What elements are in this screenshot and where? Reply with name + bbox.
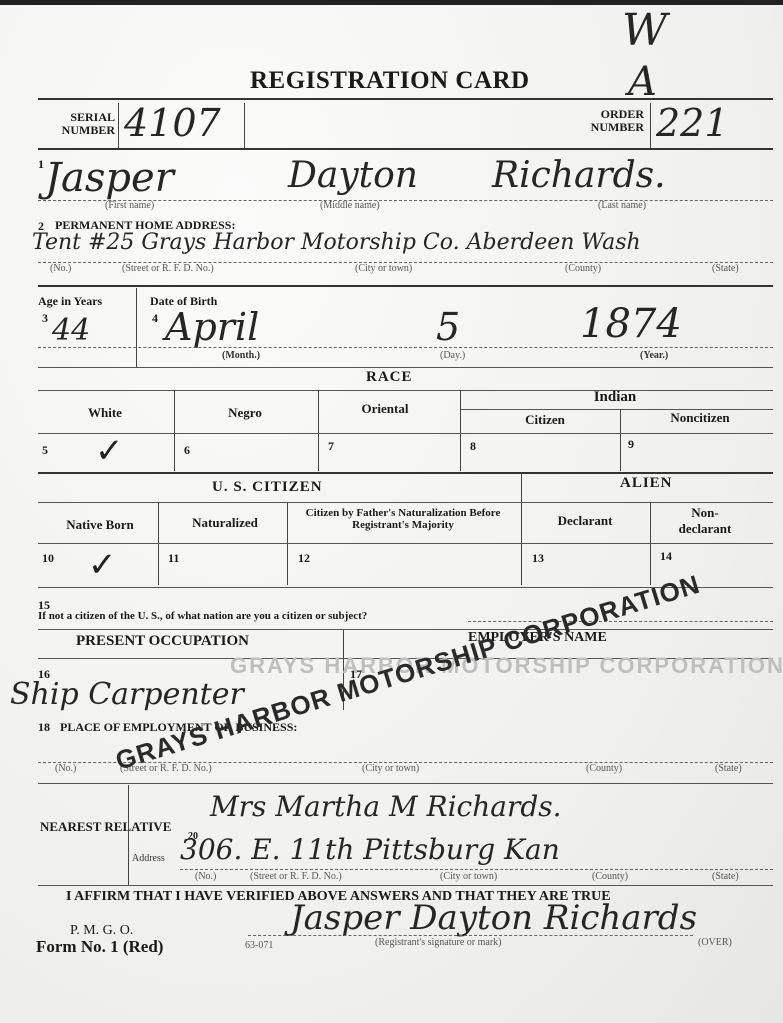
divider bbox=[650, 103, 651, 148]
registrant-signature: Jasper Dayton Richards bbox=[290, 898, 697, 938]
caption: (County) bbox=[586, 763, 622, 774]
divider bbox=[460, 391, 461, 471]
divider bbox=[118, 103, 119, 148]
relative-address: 306. E. 11th Pittsburg Kan bbox=[180, 833, 560, 866]
caption: (State) bbox=[715, 763, 742, 774]
divider bbox=[38, 98, 773, 100]
caption: (No.) bbox=[50, 263, 71, 274]
order-number: 221 bbox=[656, 101, 729, 145]
nearest-relative-label: NEAREST RELATIVE bbox=[40, 820, 171, 834]
field-number: 14 bbox=[660, 549, 672, 564]
divider bbox=[158, 503, 159, 585]
race-col-oriental: Oriental bbox=[340, 401, 430, 417]
nation-question: If not a citizen of the U. S., of what n… bbox=[38, 611, 367, 623]
age-value: 44 bbox=[52, 313, 90, 348]
caption: (Street or R. F. D. No.) bbox=[122, 263, 214, 274]
serial-label: SERIAL NUMBER bbox=[45, 111, 115, 136]
alien-col-nondeclarant: Non-declarant bbox=[665, 505, 745, 537]
divider bbox=[38, 148, 773, 150]
checkmark-icon: ✓ bbox=[95, 431, 124, 471]
caption: (State) bbox=[712, 871, 739, 882]
divider bbox=[128, 785, 129, 885]
field-number: 11 bbox=[168, 551, 179, 566]
divider bbox=[38, 347, 773, 348]
checkmark-icon: ✓ bbox=[88, 545, 117, 585]
relative-name: Mrs Martha M Richards. bbox=[210, 790, 562, 823]
field-number: 13 bbox=[532, 551, 544, 566]
caption: (City or town) bbox=[440, 871, 497, 882]
caption: (No.) bbox=[195, 871, 216, 882]
citizen-col-native: Native Born bbox=[50, 517, 150, 533]
caption: (No.) bbox=[55, 763, 76, 774]
serial-number: 4107 bbox=[124, 101, 221, 145]
divider bbox=[620, 409, 621, 471]
birth-year: 1874 bbox=[580, 301, 682, 347]
employment-field-number: 18 bbox=[38, 721, 50, 734]
us-citizen-header: U. S. CITIZEN bbox=[212, 479, 323, 496]
divider bbox=[38, 285, 773, 287]
divider bbox=[287, 503, 288, 585]
alien-header: ALIEN bbox=[620, 475, 673, 492]
race-indian-header: Indian bbox=[560, 389, 670, 406]
field-number: 6 bbox=[184, 443, 190, 458]
field-number: 9 bbox=[628, 437, 634, 452]
field-number: 7 bbox=[328, 439, 334, 454]
field-number: 1 bbox=[38, 157, 44, 172]
race-col-indian-noncitizen: Noncitizen bbox=[640, 410, 760, 426]
birth-day: 5 bbox=[436, 305, 460, 349]
alien-col-declarant: Declarant bbox=[535, 513, 635, 529]
divider bbox=[38, 502, 773, 503]
race-col-indian-citizen: Citizen bbox=[490, 412, 600, 428]
divider bbox=[38, 783, 773, 784]
field-number: 12 bbox=[298, 551, 310, 566]
divider bbox=[248, 935, 693, 936]
divider bbox=[244, 103, 245, 148]
age-label: Age in Years bbox=[38, 295, 102, 308]
field-number: 10 bbox=[42, 551, 54, 566]
divider bbox=[136, 288, 137, 368]
middle-name: Dayton bbox=[288, 155, 418, 196]
divider bbox=[38, 885, 773, 886]
corner-mark-w: W bbox=[622, 5, 667, 56]
race-col-white: White bbox=[60, 405, 150, 421]
caption: (Street or R. F. D. No.) bbox=[250, 871, 342, 882]
caption: (OVER) bbox=[698, 937, 732, 948]
birth-month: April bbox=[165, 305, 259, 349]
race-header: RACE bbox=[366, 369, 413, 386]
field-number: 5 bbox=[42, 443, 48, 458]
caption: (County) bbox=[592, 871, 628, 882]
address-label: Address bbox=[132, 853, 165, 864]
divider bbox=[650, 503, 651, 585]
divider bbox=[318, 391, 319, 471]
citizen-col-naturalized: Naturalized bbox=[170, 515, 280, 531]
race-col-negro: Negro bbox=[200, 405, 290, 421]
caption: (Year.) bbox=[640, 350, 668, 361]
order-label: ORDER NUMBER bbox=[572, 108, 644, 133]
caption: (City or town) bbox=[362, 763, 419, 774]
caption: (County) bbox=[565, 263, 601, 274]
divider bbox=[38, 629, 773, 630]
divider bbox=[174, 391, 175, 471]
form-number: Form No. 1 (Red) bbox=[36, 937, 163, 957]
divider bbox=[38, 543, 773, 544]
divider bbox=[180, 869, 773, 870]
card-title: REGISTRATION CARD bbox=[250, 67, 530, 95]
field-number: 3 bbox=[42, 311, 48, 326]
divider bbox=[38, 367, 773, 368]
caption: (City or town) bbox=[355, 263, 412, 274]
field-number: 8 bbox=[470, 439, 476, 454]
print-code: 63-071 bbox=[245, 940, 273, 951]
caption: (Day.) bbox=[440, 350, 465, 361]
citizen-col-father: Citizen by Father's Naturalization Befor… bbox=[298, 507, 508, 531]
occupation-value: Ship Carpenter bbox=[10, 677, 244, 712]
divider bbox=[38, 472, 773, 474]
first-name: Jasper bbox=[45, 155, 174, 201]
field-number: 4 bbox=[152, 311, 158, 326]
caption: (Registrant's signature or mark) bbox=[375, 937, 502, 948]
caption: (Middle name) bbox=[320, 200, 380, 211]
divider bbox=[521, 473, 522, 585]
home-address-value: Tent #25 Grays Harbor Motorship Co. Aber… bbox=[32, 230, 641, 255]
caption: (Month.) bbox=[222, 350, 260, 361]
caption: (First name) bbox=[105, 200, 154, 211]
last-name: Richards. bbox=[492, 155, 666, 196]
registration-card: REGISTRATION CARD W A SERIAL NUMBER 4107… bbox=[0, 5, 783, 1023]
divider bbox=[38, 433, 773, 434]
divider bbox=[460, 409, 773, 410]
caption: (State) bbox=[712, 263, 739, 274]
occupation-header: PRESENT OCCUPATION bbox=[76, 633, 249, 650]
caption: (Last name) bbox=[598, 200, 646, 211]
